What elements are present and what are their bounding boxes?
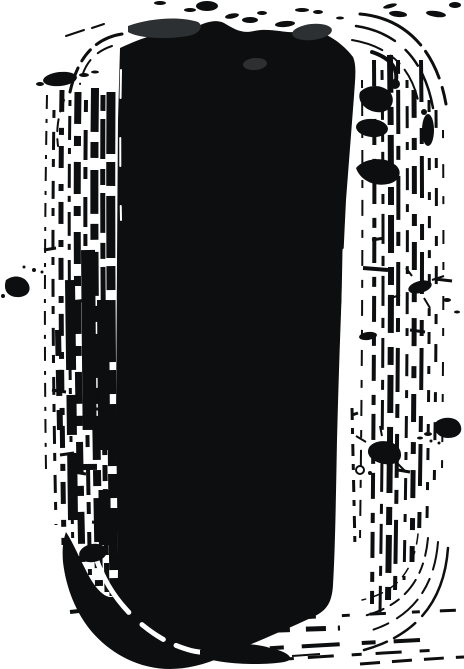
- artwork-stage: [0, 0, 464, 669]
- grunge-brush-artwork: [0, 0, 464, 669]
